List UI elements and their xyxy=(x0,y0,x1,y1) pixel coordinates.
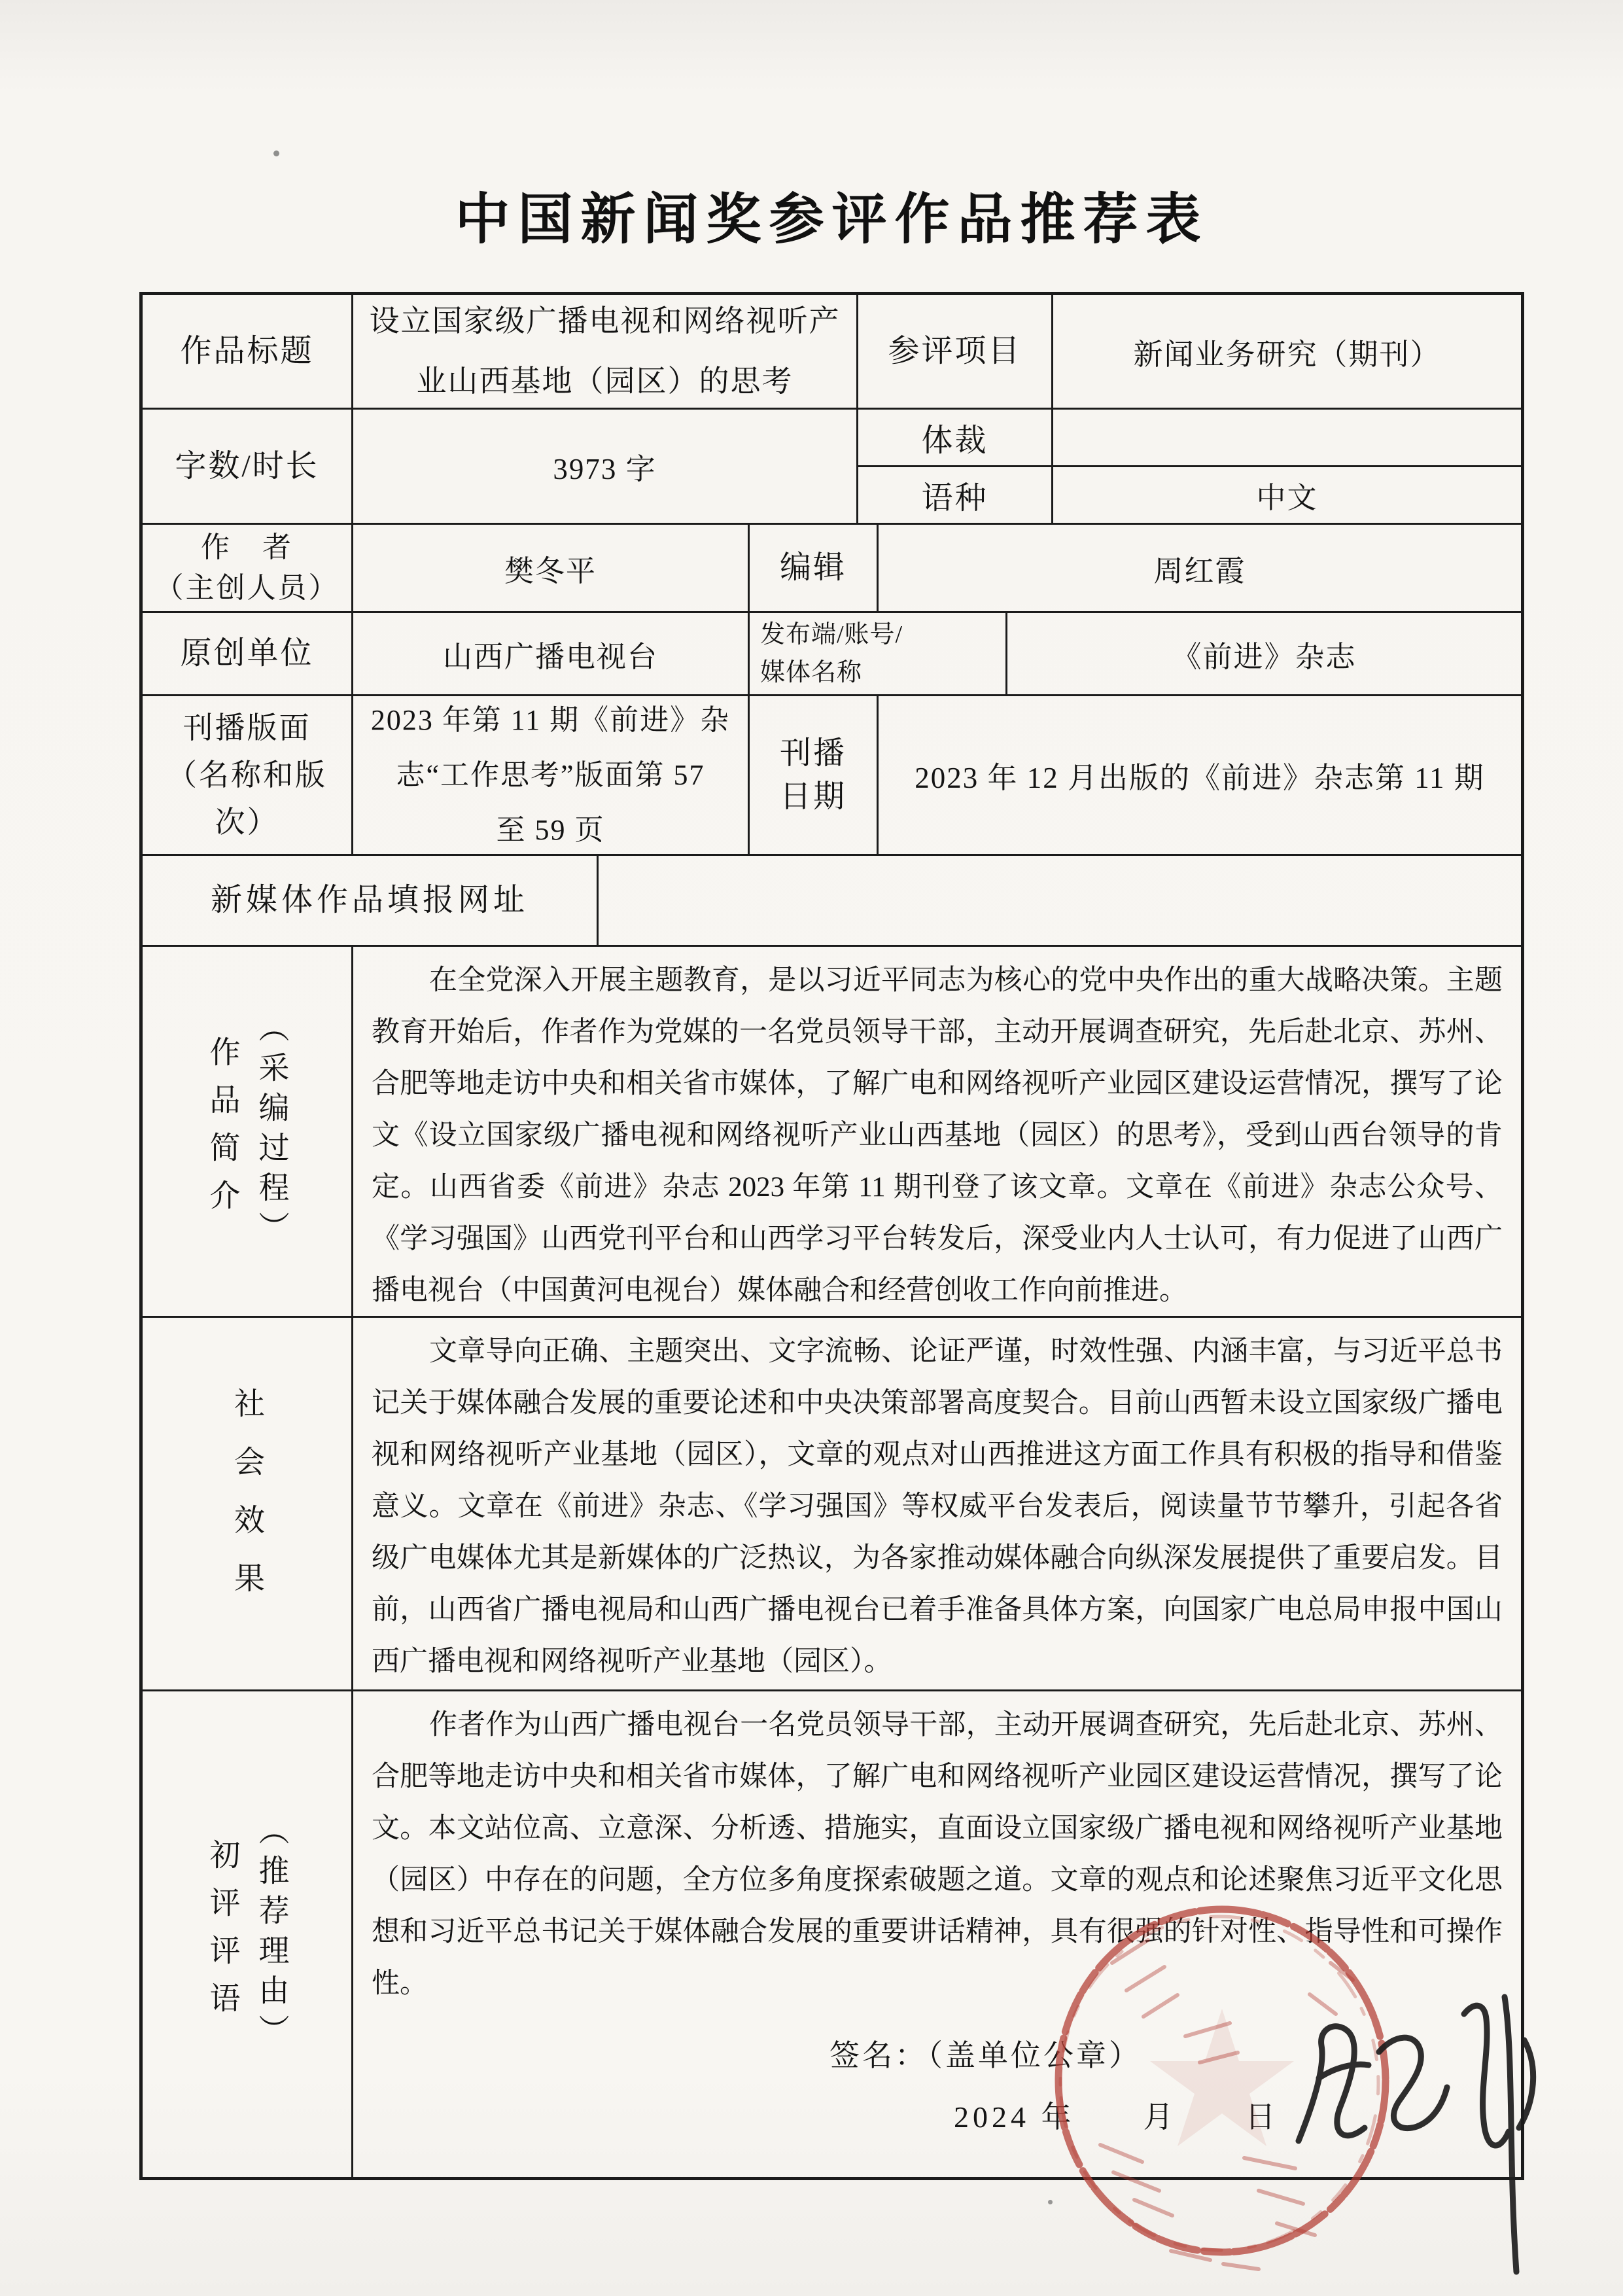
genre-label: 体裁 xyxy=(858,410,1051,465)
row-publication-layout: 刊播版面 （名称和版 次） 2023 年第 11 期《前进》杂 志“工作思考”版… xyxy=(143,694,1521,854)
platform-account-label: 发布端/账号/ 媒体名称 xyxy=(748,613,1005,694)
work-brief-label-main: 作品简介 xyxy=(201,1036,245,1227)
page-title: 中国新闻奖参评作品推荐表 xyxy=(139,175,1524,255)
recommendation-body: 作者作为山西广播电视台一名党员领导干部，主动开展调查研究，先后赴北京、苏州、合肥… xyxy=(351,1691,1521,2177)
language-label: 语种 xyxy=(858,467,1051,523)
publication-date-value: 2023 年 12 月出版的《前进》杂志第 11 期 xyxy=(877,696,1521,854)
signature-caption: 签名：（盖单位公章） xyxy=(829,2032,1503,2075)
language-value: 中文 xyxy=(1051,467,1521,523)
entry-category-label: 参评项目 xyxy=(856,295,1051,408)
original-unit-value: 山西广播电视台 xyxy=(351,613,748,694)
work-title-label: 作品标题 xyxy=(143,295,351,408)
work-title-value: 设立国家级广播电视和网络视听产 业山西基地（园区）的思考 xyxy=(351,295,856,408)
editor-label: 编辑 xyxy=(748,525,877,611)
work-brief-label-sub: （采编过程） xyxy=(250,1012,294,1251)
editor-value: 周红霞 xyxy=(877,525,1521,611)
row-word-count: 字数/时长 3973 字 体裁 语种 中文 xyxy=(143,408,1521,523)
paper-speck xyxy=(1048,2200,1053,2204)
social-effect-label: 社会效果 xyxy=(143,1318,351,1689)
recommendation-label: 初评评语 （推荐理由） xyxy=(143,1691,351,2177)
social-effect-body: 文章导向正确、主题突出、文字流畅、论证严谨，时效性强、内涵丰富，与习近平总书记关… xyxy=(351,1318,1521,1689)
platform-account-value: 《前进》杂志 xyxy=(1005,613,1521,694)
word-count-label: 字数/时长 xyxy=(143,410,351,523)
language-subrow: 语种 中文 xyxy=(858,465,1521,523)
work-brief-label: 作品简介 （采编过程） xyxy=(143,947,351,1316)
author-value: 樊冬平 xyxy=(351,525,748,611)
row-recommendation: 初评评语 （推荐理由） 作者作为山西广播电视台一名党员领导干部，主动开展调查研究… xyxy=(143,1689,1521,2177)
row-work-brief: 作品简介 （采编过程） 在全党深入开展主题教育，是以习近平同志为核心的党中央作出… xyxy=(143,945,1521,1316)
entry-category-value: 新闻业务研究（期刊） xyxy=(1051,295,1521,408)
genre-subrow: 体裁 xyxy=(858,410,1521,465)
word-count-value: 3973 字 xyxy=(351,410,856,523)
recommendation-label-sub: （推荐理由） xyxy=(250,1814,294,2054)
recommendation-label-main: 初评评语 xyxy=(201,1839,245,2030)
row-author: 作 者 （主创人员） 樊冬平 编辑 周红霞 xyxy=(143,523,1521,611)
work-brief-body: 在全党深入开展主题教育，是以习近平同志为核心的党中央作出的重大战略决策。主题教育… xyxy=(351,947,1521,1316)
row-original-unit: 原创单位 山西广播电视台 发布端/账号/ 媒体名称 《前进》杂志 xyxy=(143,611,1521,694)
recommendation-form: 作品标题 设立国家级广播电视和网络视听产 业山西基地（园区）的思考 参评项目 新… xyxy=(139,292,1524,2180)
genre-language-group: 体裁 语种 中文 xyxy=(856,410,1521,523)
genre-value xyxy=(1051,410,1521,465)
paper-speck xyxy=(273,150,279,156)
row-work-title: 作品标题 设立国家级广播电视和网络视听产 业山西基地（园区）的思考 参评项目 新… xyxy=(143,295,1521,408)
work-brief-text: 在全党深入开展主题教育，是以习近平同志为核心的党中央作出的重大战略决策。主题教育… xyxy=(372,955,1503,1316)
publication-layout-label: 刊播版面 （名称和版 次） xyxy=(143,696,351,854)
recommendation-text: 作者作为山西广播电视台一名党员领导干部，主动开展调查研究，先后赴北京、苏州、合肥… xyxy=(372,1699,1503,2009)
original-unit-label: 原创单位 xyxy=(143,613,351,694)
signature-date-line: 2024 年 月 日 xyxy=(954,2093,1503,2136)
author-label: 作 者 （主创人员） xyxy=(143,525,351,611)
publication-layout-value: 2023 年第 11 期《前进》杂 志“工作思考”版面第 57 至 59 页 xyxy=(351,696,748,854)
newmedia-url-label: 新媒体作品填报网址 xyxy=(143,856,597,945)
scanned-form-page: 中国新闻奖参评作品推荐表 作品标题 设立国家级广播电视和网络视听产 业山西基地（… xyxy=(0,0,1623,2296)
social-effect-label-text: 社会效果 xyxy=(225,1387,269,1620)
publication-date-label: 刊播 日期 xyxy=(748,696,877,854)
row-newmedia-url: 新媒体作品填报网址 xyxy=(143,854,1521,945)
newmedia-url-value xyxy=(597,856,1521,945)
social-effect-text: 文章导向正确、主题突出、文字流畅、论证严谨，时效性强、内涵丰富，与习近平总书记关… xyxy=(372,1326,1503,1687)
row-social-effect: 社会效果 文章导向正确、主题突出、文字流畅、论证严谨，时效性强、内涵丰富，与习近… xyxy=(143,1316,1521,1689)
